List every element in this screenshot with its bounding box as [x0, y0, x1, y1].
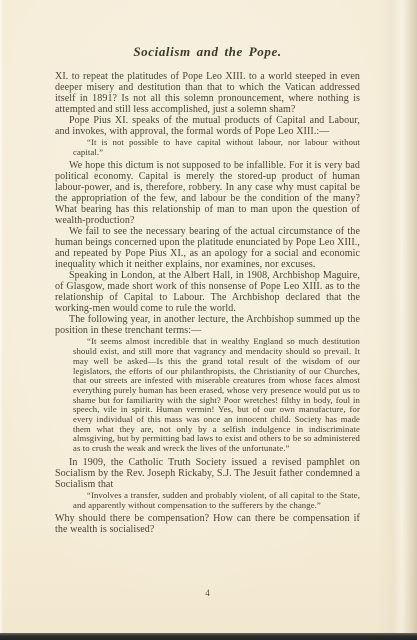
paragraph: We hope this dictum is not supposed to b… [55, 160, 360, 226]
paragraph: XI. to repeat the platitudes of Pope Leo… [55, 71, 360, 115]
page-curl-shadow [377, 0, 417, 640]
block-quote: “It seems almost incredible that in weal… [73, 337, 360, 453]
paragraph: The following year, in another lecture, … [55, 314, 360, 336]
paragraph: Why should there be compensation? How ca… [55, 513, 360, 535]
page-number: 4 [55, 588, 360, 598]
page-title: Socialism and the Pope. [55, 44, 360, 60]
page-body: XI. to repeat the platitudes of Pope Leo… [55, 71, 360, 535]
scanned-book-page: Socialism and the Pope. XI. to repeat th… [0, 0, 417, 640]
scan-bottom-edge [0, 633, 417, 640]
block-quote: “It is not possible to have capital with… [73, 138, 360, 157]
paragraph: Pope Pius XI. speaks of the mutual produ… [55, 115, 360, 137]
paragraph: Speaking in London, at the Albert Hall, … [55, 270, 360, 314]
paragraph: In 1909, the Catholic Truth Society issu… [55, 457, 360, 490]
paragraph: We fail to see the necessary bearing of … [55, 226, 360, 270]
page-left-highlight [0, 0, 3, 640]
block-quote: “Involves a transfer, sudden and probabl… [73, 491, 360, 510]
